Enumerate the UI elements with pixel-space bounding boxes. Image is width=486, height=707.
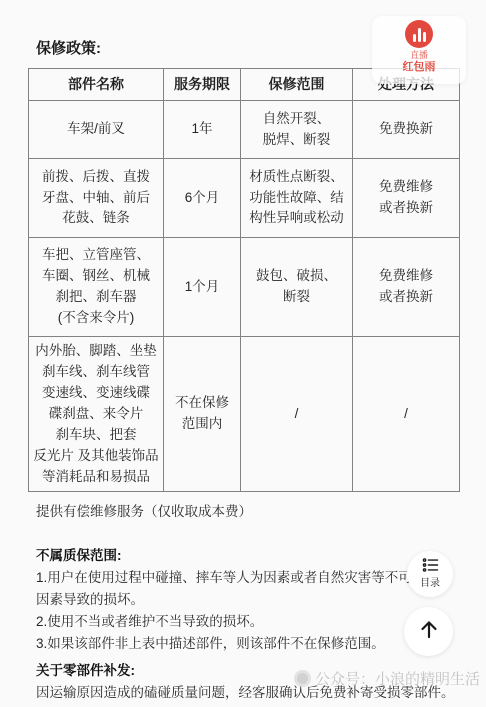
table-row: 车架/前叉 1年 自然开裂、 脱焊、断裂 免费换新 — [29, 101, 460, 159]
cell-part: 内外胎、脚踏、坐垫 刹车线、刹车线管 变速线、变速线碟 碟刹盘、来令片 刹车块、… — [29, 337, 164, 492]
table-row: 前拨、后拨、直拨 牙盘、中轴、前后 花鼓、链条 6个月 材质性点断裂、 功能性故… — [29, 159, 460, 238]
toc-button[interactable]: 目录 — [407, 551, 453, 597]
cell-period: 1年 — [164, 101, 241, 159]
warranty-policy-page: 保修政策: 部件名称 服务期限 保修范围 处理方法 车架/前叉 1年 自然开裂、… — [0, 0, 486, 707]
cell-part: 前拨、后拨、直拨 牙盘、中轴、前后 花鼓、链条 — [29, 159, 164, 238]
cell-part: 车架/前叉 — [29, 101, 164, 159]
live-redpacket-badge[interactable]: 直播 红包雨 — [372, 16, 466, 84]
column-header-period: 服务期限 — [164, 69, 241, 101]
column-header-part: 部件名称 — [29, 69, 164, 101]
exclusions-title: 不属质保范围: — [36, 545, 122, 567]
cell-period: 1个月 — [164, 238, 241, 337]
table-row: 车把、立管座管、 车圈、钢丝、机械 刹把、刹车器 (不含来令片) 1个月 鼓包、… — [29, 238, 460, 337]
exclusion-item: 3.如果该部件非上表中描述部件，则该部件不在保修范围。 — [36, 633, 438, 655]
cell-scope: / — [241, 337, 353, 492]
paid-service-note: 提供有偿维修服务（仅收取成本费） — [36, 501, 252, 523]
page-title: 保修政策: — [36, 37, 101, 58]
cell-period: 不在保修 范围内 — [164, 337, 241, 492]
cell-part: 车把、立管座管、 车圈、钢丝、机械 刹把、刹车器 (不含来令片) — [29, 238, 164, 337]
bullet-list-icon — [422, 558, 439, 577]
back-to-top-button[interactable] — [404, 607, 453, 656]
badge-label-live: 直播 — [410, 50, 428, 61]
warranty-table: 部件名称 服务期限 保修范围 处理方法 车架/前叉 1年 自然开裂、 脱焊、断裂… — [28, 68, 460, 492]
exclusion-item: 2.使用不当或者维护不当导致的损坏。 — [36, 611, 438, 633]
cell-scope: 材质性点断裂、 功能性故障、结 构性异响或松动 — [241, 159, 353, 238]
exclusion-item: 1.用户在使用过程中碰撞、摔车等人为因素或者自然灾害等不可抗 因素导致的损坏。 — [36, 567, 438, 611]
cell-period: 6个月 — [164, 159, 241, 238]
table-row: 内外胎、脚踏、坐垫 刹车线、刹车线管 变速线、变速线碟 碟刹盘、来令片 刹车块、… — [29, 337, 460, 492]
cell-action: 免费维修 或者换新 — [353, 159, 460, 238]
cell-action: 免费维修 或者换新 — [353, 238, 460, 337]
exclusions-list: 1.用户在使用过程中碰撞、摔车等人为因素或者自然灾害等不可抗 因素导致的损坏。 … — [36, 567, 438, 655]
cell-action: 免费换新 — [353, 101, 460, 159]
badge-label-redpacket: 红包雨 — [403, 61, 436, 74]
cell-action: / — [353, 337, 460, 492]
toc-button-label: 目录 — [420, 578, 440, 590]
column-header-scope: 保修范围 — [241, 69, 353, 101]
up-arrow-icon — [417, 617, 441, 646]
cell-scope: 自然开裂、 脱焊、断裂 — [241, 101, 353, 159]
bar-chart-icon — [405, 20, 433, 48]
cell-scope: 鼓包、破损、 断裂 — [241, 238, 353, 337]
replacement-text: 因运输原因造成的磕碰质量问题，经客服确认后免费补寄受损零部件。 — [36, 682, 466, 704]
replacement-title: 关于零部件补发: — [36, 660, 135, 682]
